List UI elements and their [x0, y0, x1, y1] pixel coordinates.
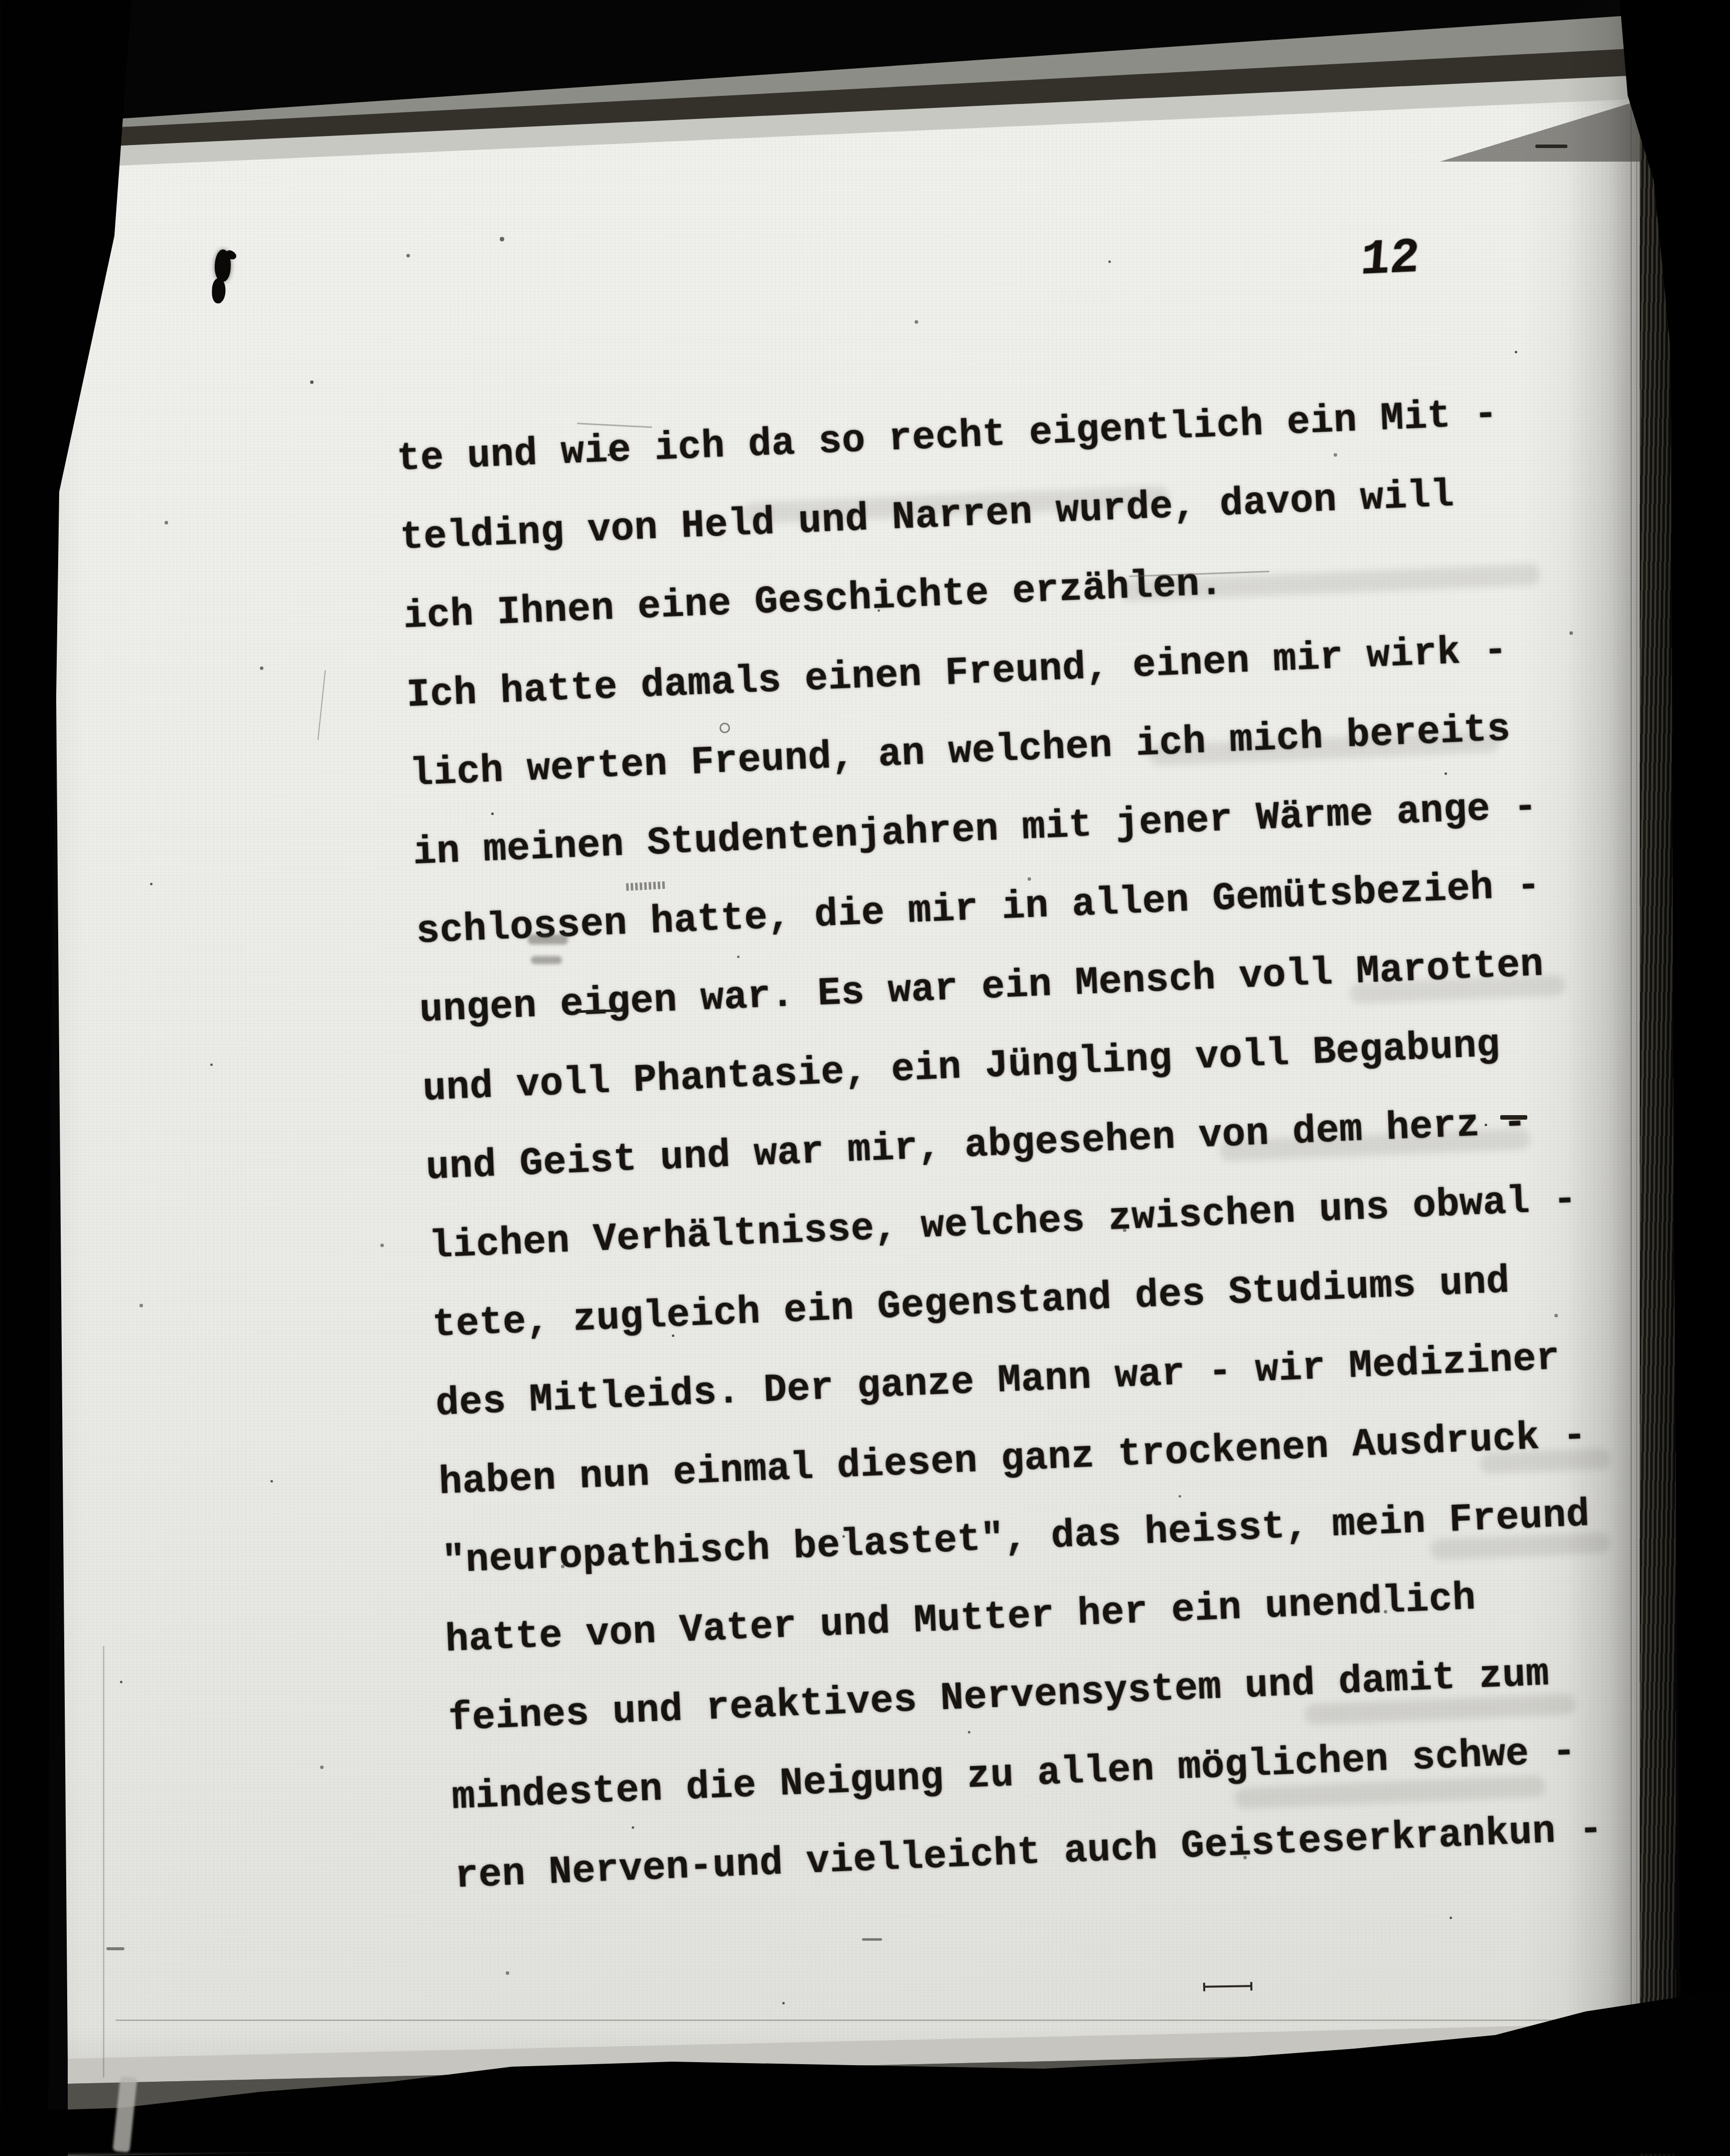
stray-ring-mark — [719, 723, 730, 733]
page-edge-line — [1636, 80, 1637, 2113]
erased-word-smudge — [528, 934, 568, 945]
scratch-line — [115, 2019, 1570, 2021]
stray-dash-mark — [862, 1938, 882, 1941]
page-number: 12 — [1359, 230, 1421, 289]
scanned-document: 12 te und wie ich da so recht eigentlich… — [0, 0, 1730, 2156]
page-edge-line — [1631, 60, 1632, 2118]
stray-dash-mark — [1500, 1115, 1527, 1120]
typewritten-text: te und wie ich da so recht eigentlich ei… — [395, 371, 1670, 1917]
stray-dash-mark — [106, 1947, 124, 1950]
erased-word-smudge — [531, 956, 562, 964]
paper-crease — [103, 1646, 104, 2078]
